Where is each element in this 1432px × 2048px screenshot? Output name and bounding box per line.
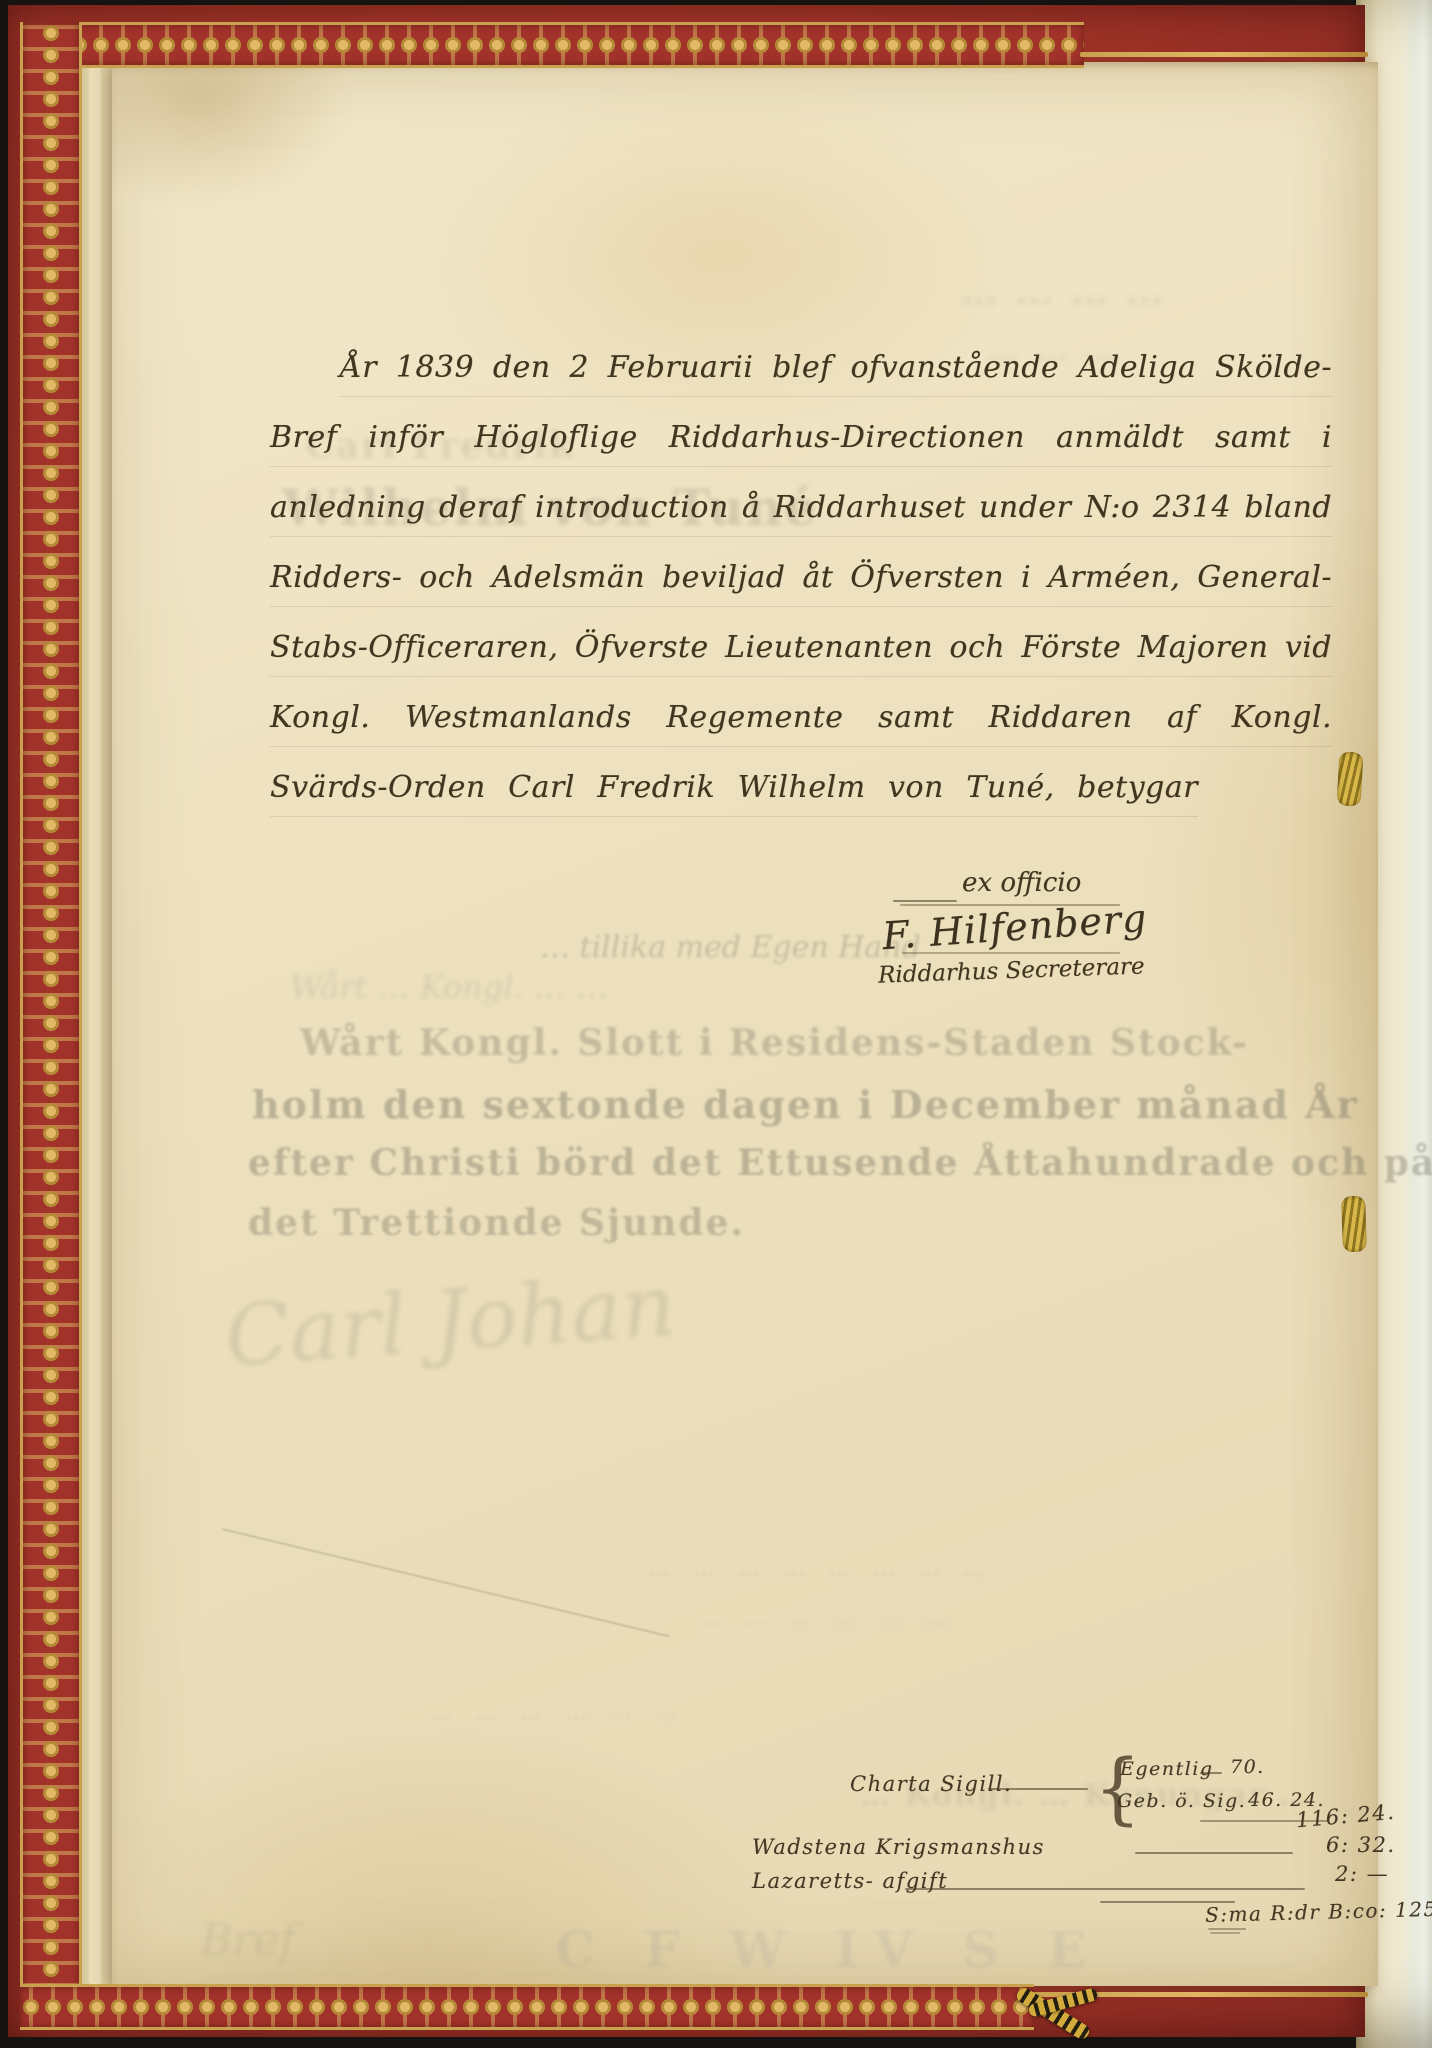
- bleedthrough-row-1: … … … … … … … …: [648, 1556, 993, 1581]
- handwritten-line-7: Svärds-Orden Carl Fredrik Wilhelm von Tu…: [270, 768, 1198, 817]
- fee-wadstena-amount: 6: 32.: [1326, 1833, 1396, 1857]
- fee-item-egentlig-label: Egentlig: [1120, 1758, 1213, 1780]
- document-scan: Carl Fredrik Wilhelm von Tuné … … … … … …: [0, 0, 1432, 2048]
- gold-fillet-top-right: [1080, 52, 1368, 57]
- fee-item-egentlig-amount: 70.: [1230, 1756, 1265, 1778]
- fee-sum-underline-2: [1210, 1932, 1240, 1934]
- bleedthrough-row-3: … … … … … …: [430, 1700, 685, 1725]
- handwritten-line-5: Stabs-Officeraren, Öfverste Lieutenanten…: [270, 628, 1332, 677]
- fee-item-egentlig-dash: [1200, 1772, 1222, 1774]
- seal-cord-tab-upper: [1337, 751, 1364, 806]
- handwritten-line-4: Ridders- och Adelsmän beviljad åt Öfvers…: [270, 558, 1332, 607]
- handwritten-line-6: Kongl. Westmanlands Regemente samt Ridda…: [270, 698, 1332, 747]
- fee-charta-dash: [988, 1788, 1088, 1790]
- handwritten-line-3: anledning deraf introduction å Riddarhus…: [270, 488, 1332, 537]
- bleedthrough-dating-2: Wårt … Kongl. … …: [290, 968, 608, 1006]
- fee-lazaretts-dash: [905, 1888, 1305, 1890]
- bleedthrough-dating-4: holm den sextonde dagen i December månad…: [252, 1082, 1359, 1127]
- gold-border-bottom: [20, 1984, 1034, 2030]
- gold-border-left: [20, 22, 82, 2018]
- bleedthrough-smudge-1: … … … …: [960, 268, 1166, 313]
- gold-border-top: [24, 22, 1084, 68]
- bleedthrough-caps: C F W IV S E: [555, 1920, 1102, 1979]
- bleedthrough-dating-3: Wårt Kongl. Slott i Residens-Staden Stoc…: [300, 1022, 1249, 1064]
- handwritten-line-2: Bref inför Högloflige Riddarhus-Directio…: [270, 418, 1332, 467]
- fee-lazaretts-amount: 2: —: [1335, 1862, 1389, 1886]
- attestation-rule-2: [902, 952, 1120, 954]
- bleedthrough-dating-5: efter Christi börd det Ettusende Åttahun…: [248, 1142, 1432, 1184]
- fee-sum-underline-1: [1208, 1928, 1246, 1930]
- bleedthrough-row-2: … … … … … …: [700, 1606, 955, 1631]
- fee-wadstena-label: Wadstena Krigsmanshus: [752, 1835, 1045, 1859]
- ex-officio-label: ex officio: [962, 868, 1081, 898]
- bleedthrough-dating-1: … tillika med Egen Hand: [540, 930, 921, 965]
- bleedthrough-dating-6: det Trettionde Sjunde.: [248, 1202, 745, 1244]
- fee-item-geb-label: Geb. ö. Sig.: [1117, 1790, 1246, 1812]
- fee-charta-label: Charta Sigill.: [850, 1772, 1012, 1796]
- handwritten-line-1: År 1839 den 2 Februarii blef ofvanståend…: [340, 348, 1332, 397]
- ex-officio-dash: [893, 900, 957, 902]
- fee-wadstena-dash: [1135, 1852, 1293, 1854]
- seal-cord-tab-lower: [1341, 1196, 1367, 1253]
- bleedthrough-bref: Bref: [200, 1915, 296, 1966]
